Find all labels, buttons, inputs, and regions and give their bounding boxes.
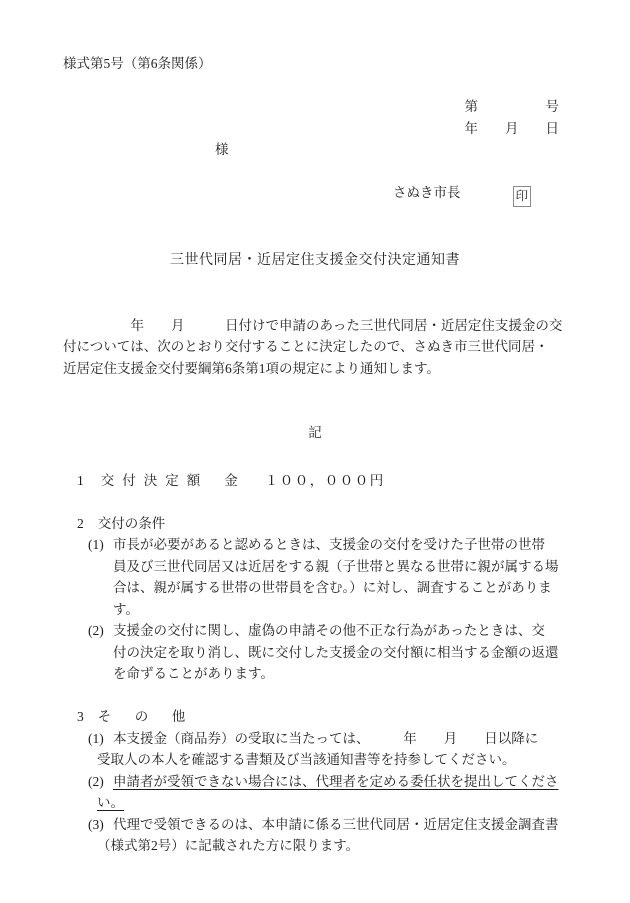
subitem-marker: (3) <box>88 814 113 836</box>
subitem-line: (1)本支援金（商品券）の受取に当たっては、 年 月 日以降に <box>63 728 567 750</box>
form-number: 様式第5号（第6条関係） <box>63 53 567 75</box>
subitem-line: (3)代理で受領できるのは、本申請に係る三世代同居・近居定住支援金調査書 <box>63 814 567 836</box>
addressee-line: 様 <box>63 139 567 161</box>
subitem-line: (1)市長が必要があると認めるときは、支援金の交付を受けた子世帯の世帯 <box>63 534 567 556</box>
condition-subitem-2: (2)支援金の交付に関し、虚偽の申請その他不正な行為があったときは、交 付の決定… <box>63 620 567 685</box>
subitem-line: す。 <box>63 599 567 621</box>
intro-line: 年 月 日付けで申請のあった三世代同居・近居定住支援金の交 <box>63 315 567 337</box>
addressee-suffix: 様 <box>215 142 229 157</box>
issuer-line: さぬき市長印 <box>63 182 567 207</box>
others-section-heading: 3そ の 他 <box>63 706 567 728</box>
subitem-marker: (1) <box>88 534 113 556</box>
subitem-line: (2)支援金の交付に関し、虚偽の申請その他不正な行為があったときは、交 <box>63 620 567 642</box>
item-number: 1 <box>77 473 84 488</box>
others-subitem-2: (2)申請者が受領できない場合には、代理者を定める委任状を提出してくださ い。 <box>63 771 567 814</box>
ki-heading: 記 <box>63 422 567 444</box>
document-number-line: 第 号 <box>63 96 567 118</box>
item-number: 2 <box>77 516 84 531</box>
condition-subitem-1: (1)市長が必要があると認めるときは、支援金の交付を受けた子世帯の世帯 員及び三… <box>63 534 567 620</box>
document-title: 三世代同居・近居定住支援金交付決定通知書 <box>63 250 567 272</box>
intro-line: 近居定住支援金交付要綱第6条第1項の規定により通知します。 <box>63 358 567 380</box>
section-title: そ の 他 <box>98 706 191 728</box>
subitem-line: 合は、親が属する世帯の世帯員を含む。）に対し、調査することがありま <box>63 577 567 599</box>
seal-stamp: 印 <box>513 186 532 207</box>
subitem-line: 付の決定を取り消し、既に交付した支援金の交付額に相当する金額の返還 <box>63 642 567 664</box>
conditions-section-heading: 2交付の条件 <box>63 513 567 535</box>
subitem-line: （様式第2号）に記載された方に限ります。 <box>63 835 567 857</box>
currency-label: 金 <box>224 470 238 492</box>
intro-line: 付については、次のとおり交付することに決定したので、さぬき市三世代同居・ <box>63 336 567 358</box>
subitem-text: 本支援金（商品券）の受取に当たっては、 年 月 日以降に <box>113 731 538 746</box>
subitem-text: 支援金の交付に関し、虚偽の申請その他不正な行為があったときは、交 <box>113 623 545 638</box>
item-number: 3 <box>77 709 84 724</box>
issuer-name: さぬき市長 <box>393 185 461 200</box>
subitem-line: を命ずることがあります。 <box>63 663 567 685</box>
subitem-marker: (1) <box>88 728 113 750</box>
subitem-line: 員及び三世代同居又は近居をする親（子世帯と異なる世帯に親が属する場 <box>63 556 567 578</box>
others-subitem-3: (3)代理で受領できるのは、本申請に係る三世代同居・近居定住支援金調査書 （様式… <box>63 814 567 857</box>
subitem-text-underlined: い。 <box>97 795 124 810</box>
intro-paragraph: 年 月 日付けで申請のあった三世代同居・近居定住支援金の交 付については、次のと… <box>63 315 567 380</box>
subitem-marker: (2) <box>88 620 113 642</box>
subitem-line: 受取人の本人を確認する書類及び当該通知書等を持参してください。 <box>63 749 567 771</box>
subitem-marker: (2) <box>88 771 113 793</box>
grant-amount-item: 1交付決定額金１００，０００円 <box>63 470 567 492</box>
date-line: 年 月 日 <box>63 118 567 140</box>
section-title: 交付の条件 <box>98 513 166 535</box>
grant-amount-label: 交付決定額 <box>101 470 209 492</box>
notice-document-page: 様式第5号（第6条関係） 第 号 年 月 日 様 さぬき市長印 三世代同居・近居… <box>0 0 630 903</box>
subitem-line: い。 <box>63 792 567 814</box>
others-subitem-1: (1)本支援金（商品券）の受取に当たっては、 年 月 日以降に 受取人の本人を確… <box>63 728 567 771</box>
subitem-text-underlined: 申請者が受領できない場合には、代理者を定める委任状を提出してくださ <box>113 774 559 789</box>
subitem-text: 市長が必要があると認めるときは、支援金の交付を受けた子世帯の世帯 <box>113 537 545 552</box>
subitem-text: 代理で受領できるのは、本申請に係る三世代同居・近居定住支援金調査書 <box>113 817 559 832</box>
amount-value: １００，０００円 <box>265 470 385 492</box>
subitem-line: (2)申請者が受領できない場合には、代理者を定める委任状を提出してくださ <box>63 771 567 793</box>
